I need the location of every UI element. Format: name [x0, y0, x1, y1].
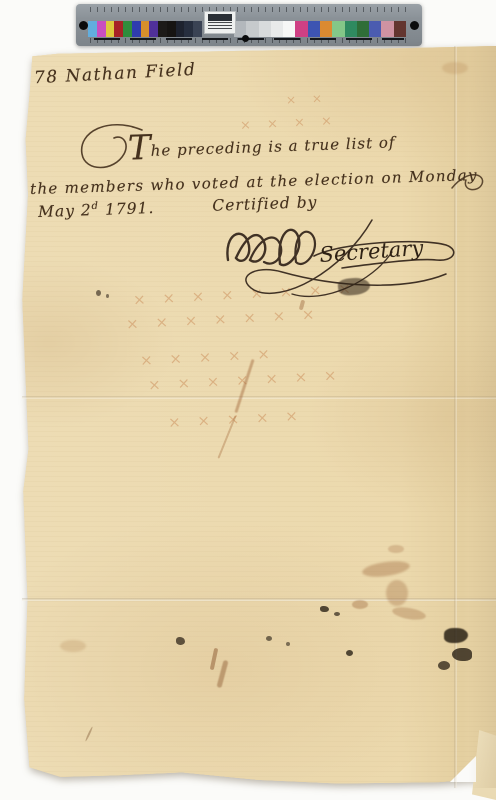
signature-title-text: Secretary	[319, 236, 425, 267]
faint-stain	[60, 640, 86, 652]
flourished-capital: T	[127, 128, 152, 169]
fold-crease-vertical	[454, 46, 457, 788]
ink-spot	[96, 290, 101, 296]
bleedthrough-marks-row: × ×	[286, 91, 329, 107]
ink-spot	[176, 637, 185, 645]
faint-stain	[442, 62, 468, 74]
flourish-line-end	[450, 166, 492, 198]
ink-spot	[320, 606, 329, 612]
fold-crease-horizontal-upper	[22, 396, 496, 399]
faint-stain	[388, 545, 404, 553]
ink-spot	[334, 612, 340, 616]
ink-spot	[346, 650, 353, 656]
ink-spot	[106, 294, 109, 298]
ink-spot	[286, 642, 290, 646]
right-edge-fold-shading	[468, 46, 496, 788]
brown-stain	[386, 580, 408, 606]
fold-crease-horizontal-lower	[22, 598, 496, 601]
ink-blotch	[438, 661, 450, 670]
brown-stain	[352, 600, 368, 609]
ink-blotch	[452, 648, 472, 661]
scanned-document-page: × × × × × × × × × × × × × × × × × × × × …	[0, 0, 496, 800]
ink-spot	[266, 636, 272, 641]
